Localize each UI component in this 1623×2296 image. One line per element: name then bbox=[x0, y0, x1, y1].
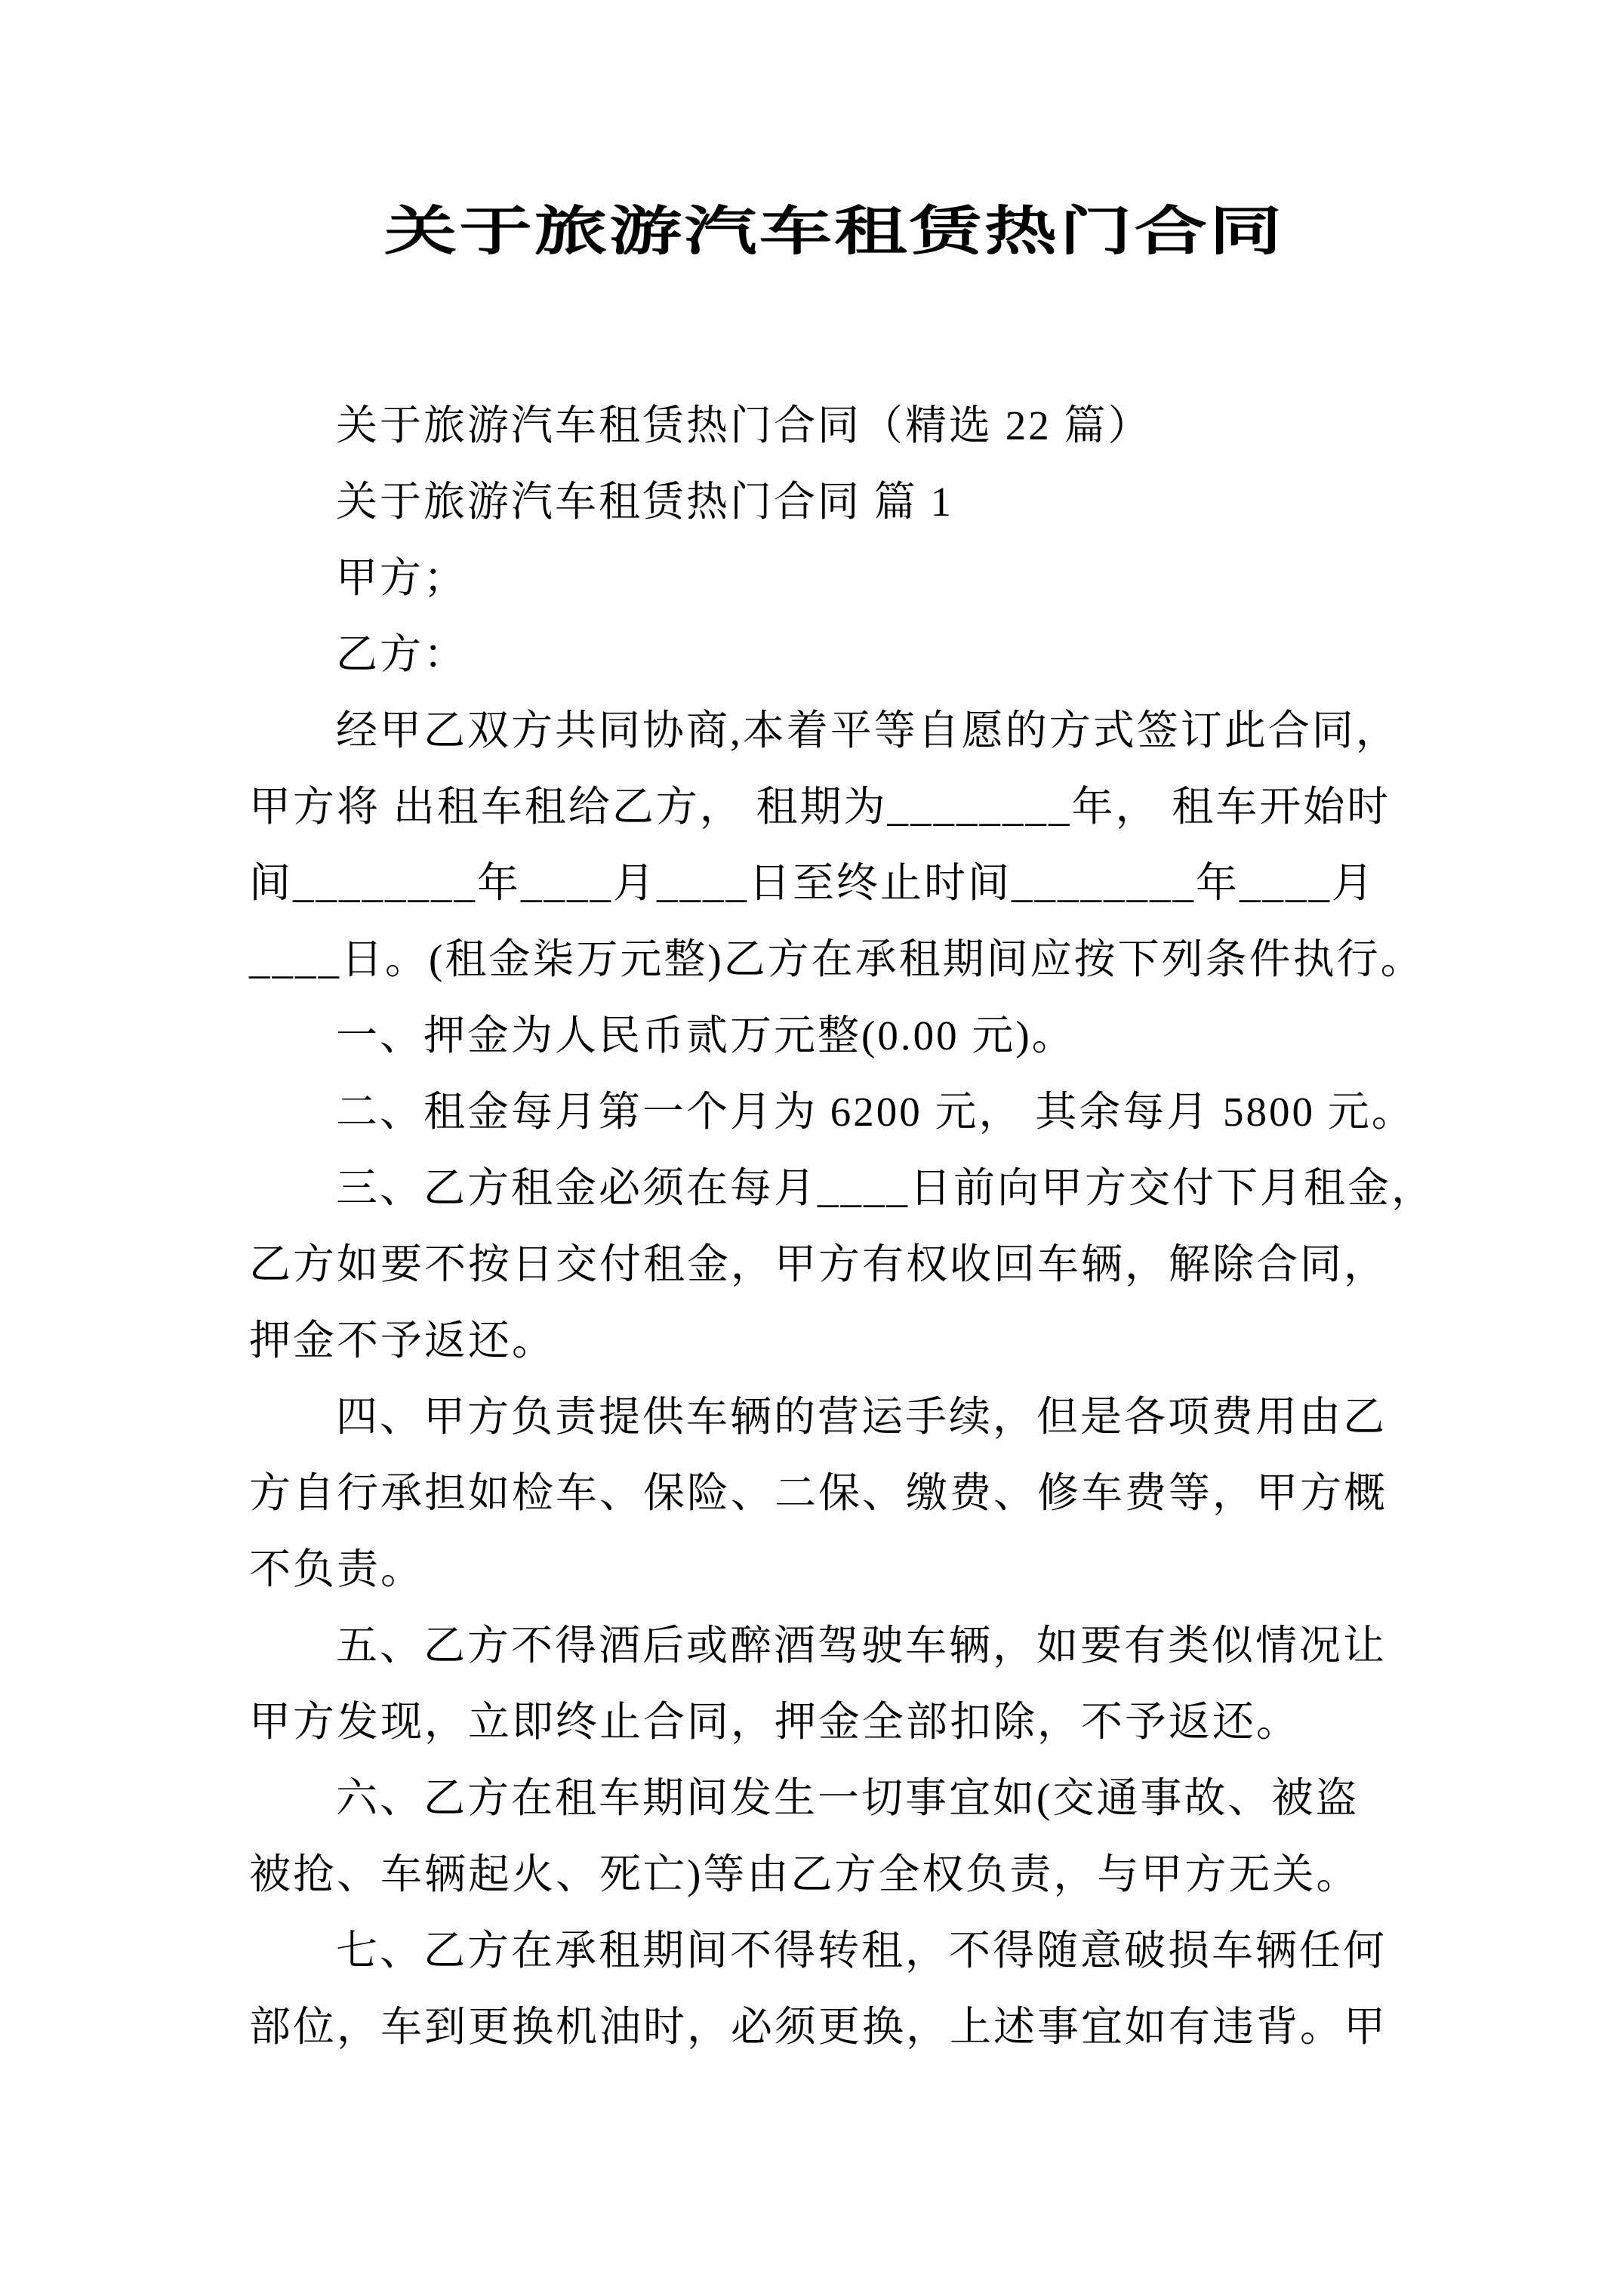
text-line: 乙方如要不按日交付租金，甲方有权收回车辆，解除合同， bbox=[249, 1226, 1419, 1302]
text-line: 间________年____月____日至终止时间________年____月 bbox=[249, 845, 1419, 921]
text-line: 关于旅游汽车租赁热门合同 篇 1 bbox=[249, 464, 1419, 540]
text-line: 关于旅游汽车租赁热门合同（精选 22 篇） bbox=[249, 387, 1419, 464]
text-line: 经甲乙双方共同协商,本着平等自愿的方式签订此合同， bbox=[249, 692, 1419, 769]
text-line: 部位，车到更换机油时，必须更换，上述事宜如有违背。甲 bbox=[249, 1989, 1419, 2065]
text-line: 甲方将 出租车租给乙方， 租期为________年， 租车开始时 bbox=[249, 769, 1419, 845]
text-line: 不负责。 bbox=[249, 1531, 1419, 1607]
text-line: 乙方： bbox=[249, 616, 1419, 692]
document-body: 关于旅游汽车租赁热门合同（精选 22 篇） 关于旅游汽车租赁热门合同 篇 1 甲… bbox=[249, 387, 1419, 2065]
text-line: 五、乙方不得酒后或醉酒驾驶车辆，如要有类似情况让 bbox=[249, 1607, 1419, 1684]
text-line: 三、乙方租金必须在每月____日前向甲方交付下月租金， bbox=[249, 1150, 1419, 1226]
text-line: 一、押金为人民币贰万元整(0.00 元)。 bbox=[249, 997, 1419, 1074]
text-line: 甲方； bbox=[249, 540, 1419, 616]
text-line: 押金不予返还。 bbox=[249, 1302, 1419, 1379]
text-line: 六、乙方在租车期间发生一切事宜如(交通事故、被盗 bbox=[249, 1760, 1419, 1836]
text-line: 四、甲方负责提供车辆的营运手续，但是各项费用由乙 bbox=[249, 1379, 1419, 1455]
contract-document-page: 关于旅游汽车租赁热门合同 关于旅游汽车租赁热门合同（精选 22 篇） 关于旅游汽… bbox=[0, 0, 1623, 2296]
text-line: 七、乙方在承租期间不得转租，不得随意破损车辆任何 bbox=[249, 1912, 1419, 1989]
text-line: 二、租金每月第一个月为 6200 元， 其余每月 5800 元。 bbox=[249, 1074, 1419, 1150]
title-row: 关于旅游汽车租赁热门合同 bbox=[249, 202, 1419, 276]
text-line: 甲方发现，立即终止合同，押金全部扣除，不予返还。 bbox=[249, 1684, 1419, 1760]
text-line: ____日。(租金柒万元整)乙方在承租期间应按下列条件执行。 bbox=[249, 921, 1419, 997]
document-title: 关于旅游汽车租赁热门合同 bbox=[384, 202, 1284, 263]
text-line: 被抢、车辆起火、死亡)等由乙方全权负责，与甲方无关。 bbox=[249, 1836, 1419, 1912]
text-line: 方自行承担如检车、保险、二保、缴费、修车费等，甲方概 bbox=[249, 1455, 1419, 1531]
